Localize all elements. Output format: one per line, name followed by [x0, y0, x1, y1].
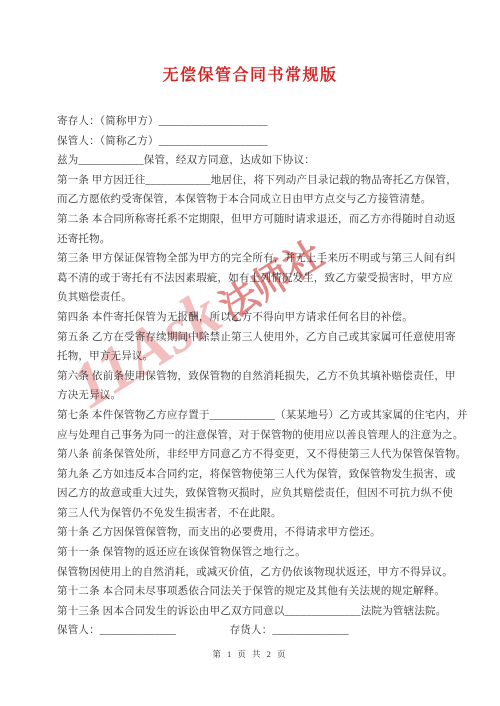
line-clause-13: 第十三条 因本合同发生的诉讼由甲乙双方同意以______________法院为管… — [57, 602, 457, 622]
line-clause-2a: 第二条 本合同所称寄托系不定期限，但甲方可随时请求退还，而乙方亦得随时自动返 — [57, 210, 457, 230]
document-page: 11Ask法师社 无偿保管合同书常规版 寄存人：（简称甲方）__________… — [0, 0, 500, 706]
line-clause-10: 第十条 乙方因保管保管物，而支出的必要费用，不得请求甲方偿还。 — [57, 523, 457, 543]
line-clause-3b: 葛不清的或于寄托有不法因素瑕疵，如有上列情况发生，致乙方蒙受损害时，甲方应 — [57, 269, 457, 289]
line-clause-2b: 还寄托物。 — [57, 230, 457, 250]
document-title: 无偿保管合同书常规版 — [0, 62, 500, 85]
line-clause-11a: 第十一条 保管物的返还应在该保管物保管之地行之。 — [57, 543, 457, 563]
line-clause-1b: 而乙方愿依约受寄保管，本保管物于本合同成立日由甲方点交与乙方接管清楚。 — [57, 190, 457, 210]
line-clause-6a: 第六条 依前条使用保管物，致保管物的自然消耗损失，乙方不负其填补赔偿责任，甲 — [57, 367, 457, 387]
line-clause-8: 第八条 前条保管处所，非经甲方同意乙方不得变更，又不得使第三人代为保管保管物。 — [57, 445, 457, 465]
line-clause-9c: 第三人代为保管仍不免发生损害者，不在此限。 — [57, 504, 457, 524]
line-clause-12: 第十二条 本合同未尽事项悉依合同法关于保管的规定及其他有关法规的规定解释。 — [57, 582, 457, 602]
line-clause-7b: 应与处理自己事务为同一的注意保管，对于保管物的使用应以善良管理人的注意为之。 — [57, 426, 457, 446]
line-clause-3a: 第三条 甲方保证保管物全部为甲方的完全所有，并无上手来历不明或与第三人间有纠 — [57, 249, 457, 269]
line-clause-4: 第四条 本件寄托保管为无报酬，所以乙方不得向甲方请求任何名目的补偿。 — [57, 308, 457, 328]
line-clause-5a: 第五条 乙方在受寄存续期间中除禁止第三人使用外，乙方自己或其家属可任意使用寄 — [57, 328, 457, 348]
line-custodian-party-b: 保管人：（简称乙方）____________________ — [57, 132, 457, 152]
line-depositor-party-a: 寄存人：（简称甲方）____________________ — [57, 112, 457, 132]
page-number-footer: 第 1 页 共 2 页 — [0, 648, 500, 660]
contract-body: 寄存人：（简称甲方）____________________ 保管人：（简称乙方… — [57, 112, 457, 641]
line-clause-9a: 第九条 乙方如违反本合同约定，将保管物使第三人代为保管，致保管物发生损害，或 — [57, 465, 457, 485]
line-clause-11b: 保管物因使用上的自然消耗，或减灭价值，乙方仍依该物现状返还，甲方不得异议。 — [57, 563, 457, 583]
line-clause-6b: 方决无异议。 — [57, 386, 457, 406]
line-clause-3c: 负其赔偿责任。 — [57, 288, 457, 308]
line-clause-1a: 第一条 甲方因迁往____________地居住，将下列动产目录记载的物品寄托乙… — [57, 171, 457, 191]
line-signatures: 保管人：______________ 存货人：______________ — [57, 621, 457, 641]
line-clause-9b: 因乙方的故意或重大过失，致保管物灭损时，应负其赔偿责任，但因不可抗力纵不使 — [57, 484, 457, 504]
line-clause-5b: 托物，甲方无异议。 — [57, 347, 457, 367]
line-preamble: 兹为____________保管，经双方同意，达成如下协议： — [57, 151, 457, 171]
line-clause-7a: 第七条 本件保管物乙方应存置于____________（某某地号）乙方或其家属的… — [57, 406, 457, 426]
